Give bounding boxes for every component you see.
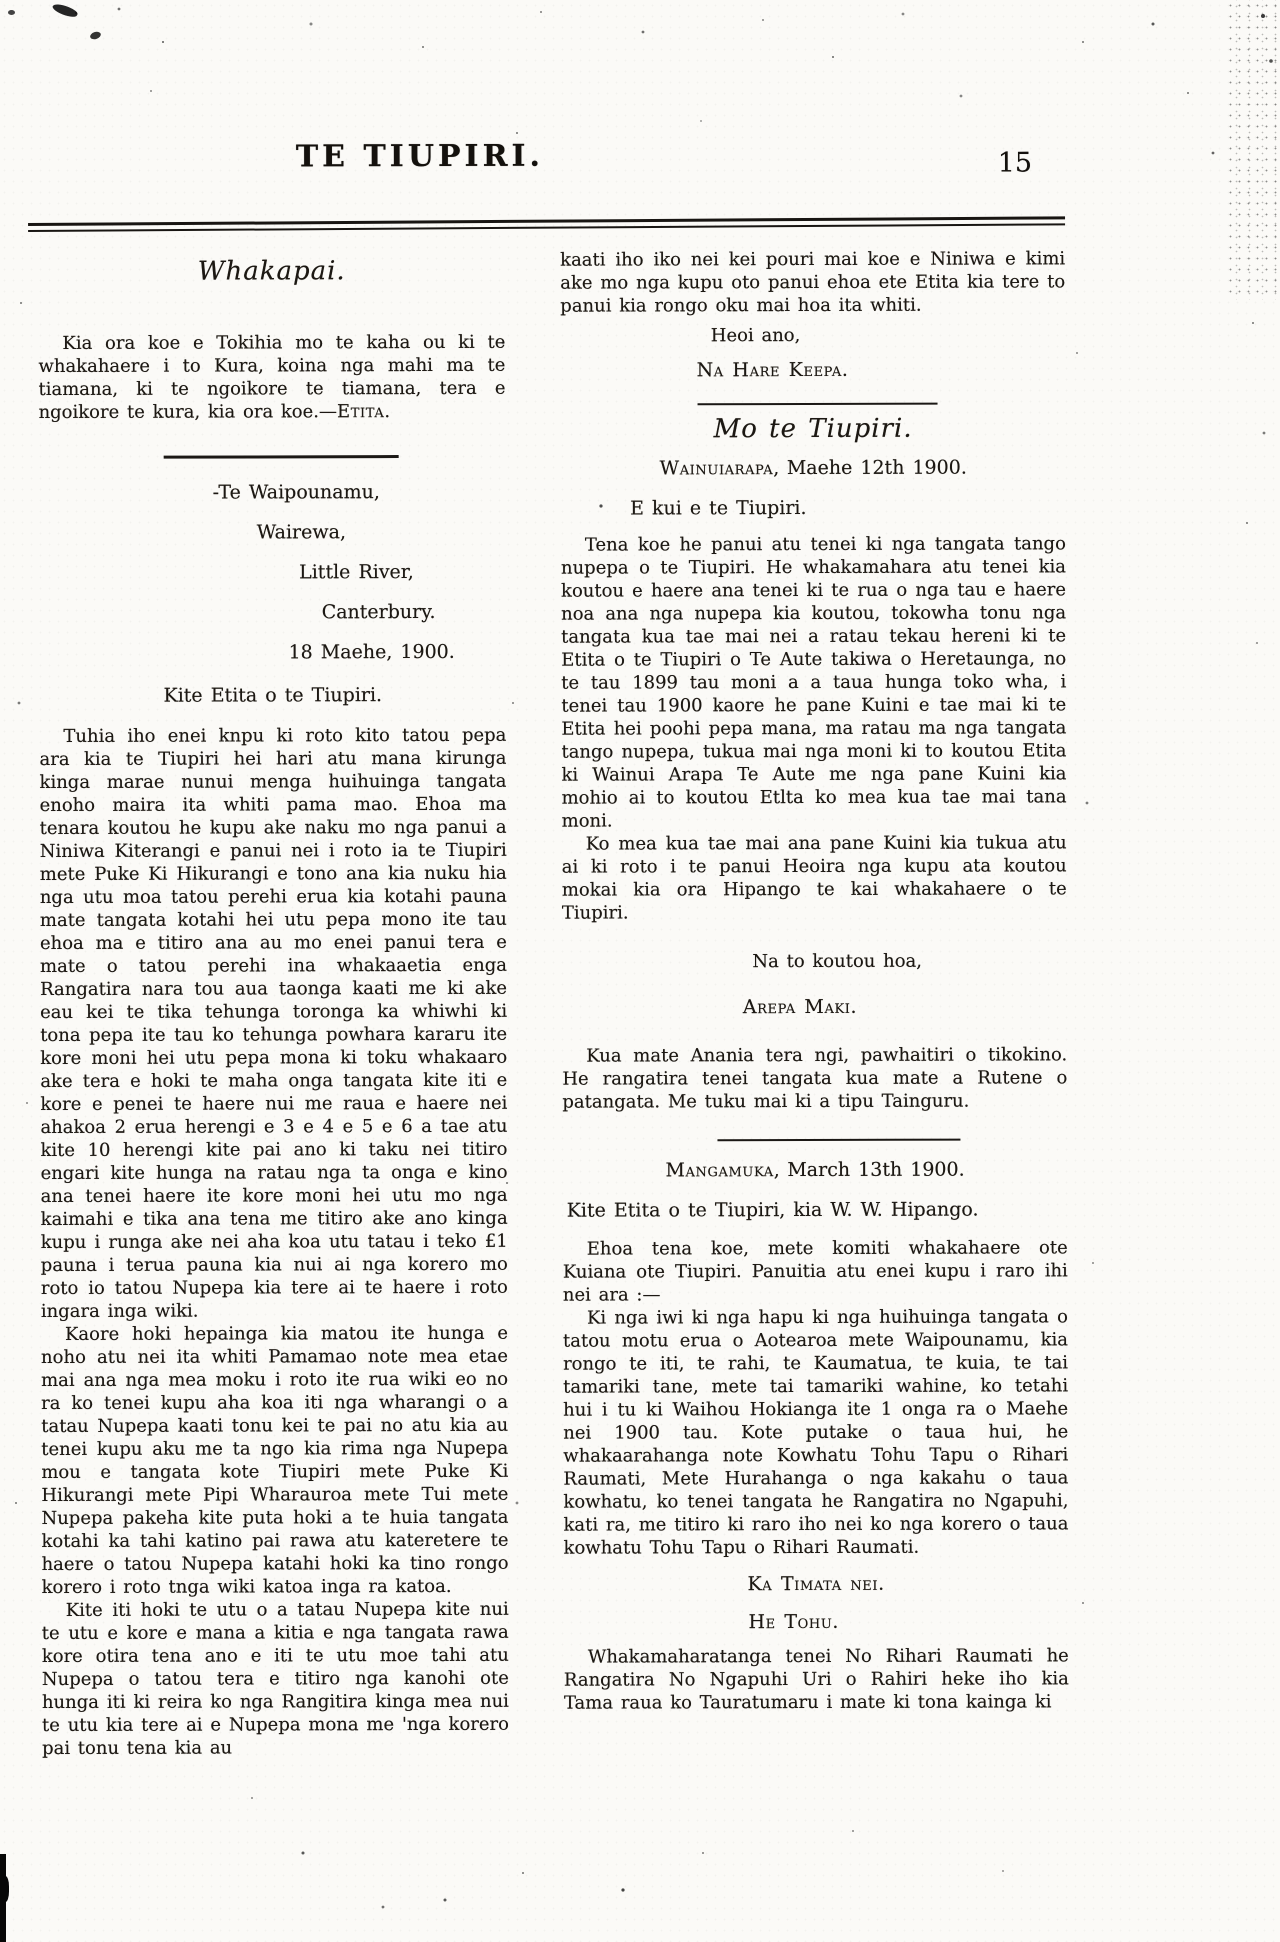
dateline-date: March 13th 1900. <box>787 1159 964 1181</box>
letter-paragraph-3: Kite iti hoki te utu o a tatau Nupepa ki… <box>42 1598 509 1760</box>
page-content: TE TIUPIRI. 15 Whakapai. Kia ora koe e T… <box>0 0 1280 1942</box>
letter-closing: Heoi ano, <box>560 318 1065 353</box>
dateline-mangamuka: Mangamuka,March 13th 1900. <box>563 1154 1068 1185</box>
article-heading-mo-te-tiupiri: Mo te Tiupiri. <box>561 412 1066 445</box>
mo-te-tiupiri-paragraph-2: Ko mea kua tae mai ana pane Kuini kia tu… <box>562 831 1067 924</box>
dateline-place: Mangamuka, <box>665 1159 780 1181</box>
subheading-ka-timata-nei: Ka Timata nei. <box>564 1568 1069 1599</box>
right-section-rule-2 <box>717 1139 960 1142</box>
mangamuka-paragraph-1: Ehoa tena koe, mete komiti whakahaere ot… <box>563 1236 1068 1306</box>
right-section-rule-1 <box>698 403 938 406</box>
whakapai-paragraph: Kia ora koe e Tokihia mo te kaha ou ki t… <box>38 331 505 424</box>
letter-signature: Na Hare Keepa. <box>560 352 1065 387</box>
address-line: Little River, <box>39 552 506 593</box>
salutation-kite-etita-hipango: Kite Etita o te Tiupiri, kia W. W. Hipan… <box>563 1196 1068 1223</box>
page-number: 15 <box>990 147 1040 178</box>
mo-te-tiupiri-closing: Na to koutou hoa, <box>562 945 1067 978</box>
subheading-he-tohu: He Tohu. <box>564 1606 1069 1637</box>
left-section-rule <box>164 455 399 459</box>
newspaper-page: TE TIUPIRI. 15 Whakapai. Kia ora koe e T… <box>0 0 1280 1942</box>
article-heading-whakapai: Whakapai. <box>38 255 505 288</box>
dateline-wainuiarapa: Wainuiarapa,Maehe 12th 1900. <box>561 452 1066 483</box>
mo-te-tiupiri-paragraph-1: Tena koe he panui atu tenei ki nga tanga… <box>561 532 1067 832</box>
dateline-place: Wainuiarapa, <box>660 457 780 479</box>
scan-smudge-top-left <box>8 10 15 15</box>
masthead-title: TE TIUPIRI. <box>280 139 560 175</box>
mo-te-tiupiri-signature: Arepa Maki. <box>562 991 1067 1022</box>
address-line: Wairewa, <box>39 512 506 553</box>
salutation-e-kui: E kui e te Tiupiri. <box>561 494 1066 521</box>
mangamuka-paragraph-2: Ki nga iwi ki nga hapu ki nga huihuinga … <box>563 1305 1069 1559</box>
letter-paragraph-2: Kaore hoki hepainga kia matou ite hunga … <box>41 1322 509 1599</box>
address-line: Canterbury. <box>39 592 506 633</box>
letter-address-block: -Te Waipounamu, Wairewa, Little River, C… <box>39 472 507 673</box>
mangamuka-paragraph-3: Whakamaharatanga tenei No Rihari Raumati… <box>564 1644 1069 1714</box>
right-column: kaati iho iko nei kei pouri mai koe e Ni… <box>560 247 1069 1714</box>
address-date-line: 18 Maehe, 1900. <box>39 632 506 673</box>
scan-edge-strip-bottom-left <box>0 1876 9 1902</box>
obituary-paragraph: Kua mate Anania tera ngi, pawhaitiri o t… <box>562 1043 1067 1113</box>
whakapai-signature: Etita. <box>337 401 391 422</box>
dateline-date: Maehe 12th 1900. <box>787 457 967 479</box>
scan-noise-top-right-edge <box>1226 0 1280 300</box>
header-double-rule <box>28 216 1065 232</box>
left-column: Whakapai. Kia ora koe e Tokihia mo te ka… <box>38 249 509 1760</box>
letter-paragraph-1: Tuhia iho enei knpu ki roto kito tatou p… <box>39 724 508 1323</box>
letter-salutation: Kite Etita o te Tiupiri. <box>39 682 506 709</box>
address-line: -Te Waipounamu, <box>39 472 506 513</box>
whakapai-body: Kia ora koe e Tokihia mo te kaha ou ki t… <box>38 332 505 423</box>
letter-continuation-paragraph: kaati iho iko nei kei pouri mai koe e Ni… <box>560 247 1065 317</box>
scan-speckles <box>0 0 2 2</box>
